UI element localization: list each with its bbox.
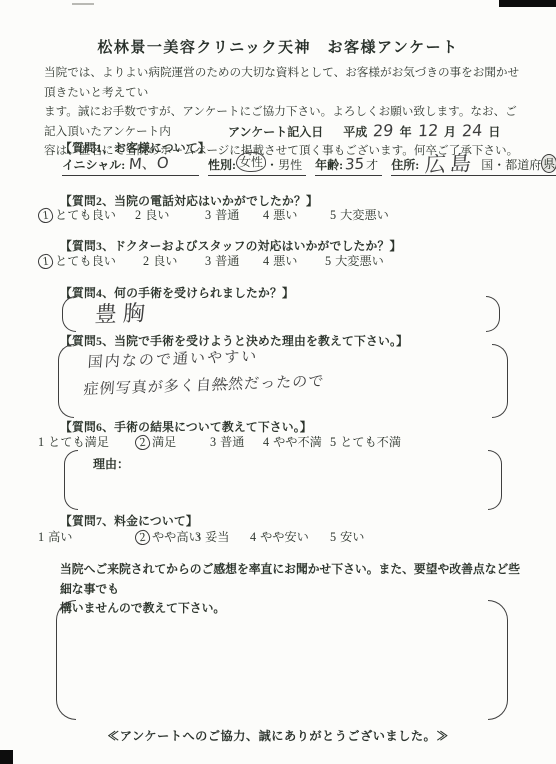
option-number: 5: [325, 254, 331, 269]
option-label: 妥当: [205, 530, 229, 544]
option-number: 3: [205, 208, 211, 223]
feedback-bracket-left: [56, 600, 76, 720]
option-q7-3: 3妥当: [195, 528, 250, 545]
question-6-options: 1とても満足 2満足 3普通 4やや不満 5とても不満: [38, 433, 401, 450]
gender-male-option: 男性: [278, 156, 302, 173]
feedback-bracket-right: [488, 600, 508, 720]
option-label: 良い: [153, 254, 177, 268]
address-suffix: 国・都道府: [481, 156, 541, 173]
reason-bracket-left-q6: [64, 450, 78, 510]
date-day-handwritten: 24: [461, 121, 483, 141]
feedback-prompt-line-2: 構いませんので教えて下さい。: [60, 599, 528, 619]
option-label: やや高い: [152, 530, 201, 544]
option-q7-2: 2やや高い: [135, 528, 195, 545]
date-label: アンケート記入日: [228, 123, 323, 140]
date-month-handwritten: 12: [417, 121, 439, 141]
option-number: 5: [330, 435, 336, 450]
thanks-footer: ≪アンケートへのご協力、誠にありがとうございました。≫: [0, 727, 556, 744]
q5-answer-line-2-prefix: 症例写真が多く自: [83, 376, 213, 398]
reason-bracket-right-q6: [488, 450, 502, 510]
answer-bracket-right-q4: [486, 296, 500, 332]
option-label: 大変悪い: [340, 208, 389, 222]
option-number: 4: [250, 530, 256, 545]
option-label: やや不満: [273, 435, 322, 449]
address-value-handwritten: 広島: [424, 154, 475, 174]
scan-artifact-top-right: [499, 0, 556, 7]
option-q3-2: 2良い: [143, 252, 205, 269]
intro-line-1: 当院では、よりよい病院運営のための大切な資料として、お客様がお気づきの事をお聞か…: [44, 63, 524, 102]
feedback-prompt-line-1: 当院へご来院されてからのご感想を率直にお聞かせ下さい。また、要望や改善点など些細…: [60, 560, 528, 599]
option-q6-3: 3普通: [210, 433, 263, 450]
option-q2-2: 2良い: [135, 206, 205, 223]
option-q7-5: 5安い: [330, 528, 364, 545]
gender-separator: ・: [266, 156, 278, 173]
q5-answer-line-2-suffix: 然だったので: [227, 372, 325, 393]
scan-artifact-bottom-left: [0, 750, 13, 764]
date-year-suffix: 年: [400, 123, 412, 140]
option-number: 2: [143, 254, 149, 269]
option-number: 5: [330, 208, 336, 223]
question-1-fields: イニシャル: M、O 性別: 女性 ・ 男性 年齢: 35 才 住所: 広島 国…: [62, 152, 556, 176]
initial-value-handwritten: M、O: [128, 151, 195, 174]
option-label: 大変悪い: [335, 254, 384, 268]
option-q2-1: 1とても良い: [38, 206, 135, 223]
initial-label: イニシャル:: [62, 156, 125, 173]
survey-date-line: アンケート記入日 平成 29 年 12 月 24 日: [228, 121, 500, 140]
option-label: やや安い: [260, 530, 309, 544]
answer-bracket-right-q5: [492, 344, 508, 418]
option-label: とても良い: [55, 208, 116, 222]
date-era-label: 平成: [343, 123, 367, 140]
option-label: 悪い: [273, 208, 297, 222]
option-q2-5: 5大変悪い: [330, 206, 389, 223]
option-q6-5: 5とても不満: [330, 433, 401, 450]
question-3-options: 1とても良い 2良い 3普通 4悪い 5大変悪い: [38, 252, 384, 269]
address-field: 住所: 広島 国・都道府県: [391, 154, 556, 176]
option-label: とても良い: [55, 254, 116, 268]
option-number: 4: [263, 208, 269, 223]
q6-reason-label: 理由：: [93, 455, 129, 472]
date-day-suffix: 日: [488, 123, 500, 140]
option-label: 高い: [48, 530, 72, 544]
gender-field: 性別: 女性 ・ 男性: [208, 153, 306, 176]
option-q3-3: 3普通: [205, 252, 263, 269]
option-q3-4: 4悪い: [263, 252, 325, 269]
option-q6-1: 1とても満足: [38, 433, 135, 450]
date-month-suffix: 月: [444, 123, 456, 140]
option-q2-4: 4悪い: [263, 206, 330, 223]
option-q2-3: 3普通: [205, 206, 263, 223]
option-label: 普通: [215, 254, 239, 268]
age-value-handwritten: 35: [344, 155, 364, 174]
initial-field: イニシャル: M、O: [62, 152, 199, 176]
question-7-options: 1高い 2やや高い 3妥当 4やや安い 5安い: [38, 528, 364, 545]
option-label: 満足: [152, 435, 176, 449]
prefecture-option: 県: [543, 157, 555, 171]
option-label: 悪い: [273, 254, 297, 268]
survey-document-page: 松林景一美容クリニック天神 お客様アンケート 当院では、よりよい病院運営のための…: [0, 0, 556, 764]
option-label: 普通: [215, 208, 239, 222]
option-label: 普通: [220, 435, 244, 449]
question-2-options: 1とても良い 2良い 3普通 4悪い 5大変悪い: [38, 206, 389, 223]
option-number: 3: [205, 254, 211, 269]
q4-answer-handwritten: 豊胸: [94, 296, 152, 329]
prefecture-selection-circle: 県: [541, 154, 556, 173]
gender-label: 性別:: [208, 156, 236, 173]
option-label: 安い: [340, 530, 364, 544]
option-label: 良い: [145, 208, 169, 222]
document-title: 松林景一美容クリニック天神 お客様アンケート: [0, 36, 556, 57]
q5-answer-line-2-handwritten: 症例写真が多く自然然だったので: [83, 370, 325, 399]
feedback-prompt: 当院へご来院されてからのご感想を率直にお聞かせ下さい。また、要望や改善点など些細…: [60, 560, 528, 619]
option-q3-5: 5大変悪い: [325, 252, 384, 269]
option-q7-1: 1高い: [38, 528, 135, 545]
option-q3-1: 1とても良い: [38, 252, 143, 269]
option-number: 1: [38, 435, 44, 450]
option-q6-2: 2満足: [135, 433, 210, 450]
option-number: 3: [195, 530, 201, 545]
age-field: 年齢: 35 才: [315, 155, 382, 176]
scan-artifact-top-dash: [72, 3, 94, 5]
answer-bracket-left-q5: [58, 344, 74, 418]
question-7-heading: 【質問7、料金について】: [60, 512, 198, 529]
option-number: 2: [135, 208, 141, 223]
answer-bracket-left-q4: [62, 296, 76, 332]
option-number: 1: [38, 530, 44, 545]
option-q7-4: 4やや安い: [250, 528, 330, 545]
option-label: とても満足: [48, 435, 109, 449]
option-number: 5: [330, 530, 336, 545]
option-number: 3: [210, 435, 216, 450]
q5-answer-line-1-handwritten: 国内なので通いやすい: [87, 345, 259, 372]
option-number: 2: [134, 529, 150, 545]
gender-female-option: 女性: [239, 155, 263, 169]
option-number: 1: [37, 253, 53, 269]
option-label: とても不満: [340, 435, 401, 449]
gender-female-selection-circle: 女性: [236, 152, 266, 172]
address-label: 住所:: [391, 156, 419, 173]
option-number: 4: [263, 254, 269, 269]
q5-answer-crossed-out-character: 然: [211, 375, 228, 394]
option-number: 4: [263, 435, 269, 450]
option-number: 1: [37, 207, 53, 223]
date-year-handwritten: 29: [373, 121, 395, 141]
option-number: 2: [134, 434, 150, 450]
age-suffix: 才: [366, 156, 378, 173]
option-q6-4: 4やや不満: [263, 433, 330, 450]
age-label: 年齢:: [315, 156, 343, 173]
